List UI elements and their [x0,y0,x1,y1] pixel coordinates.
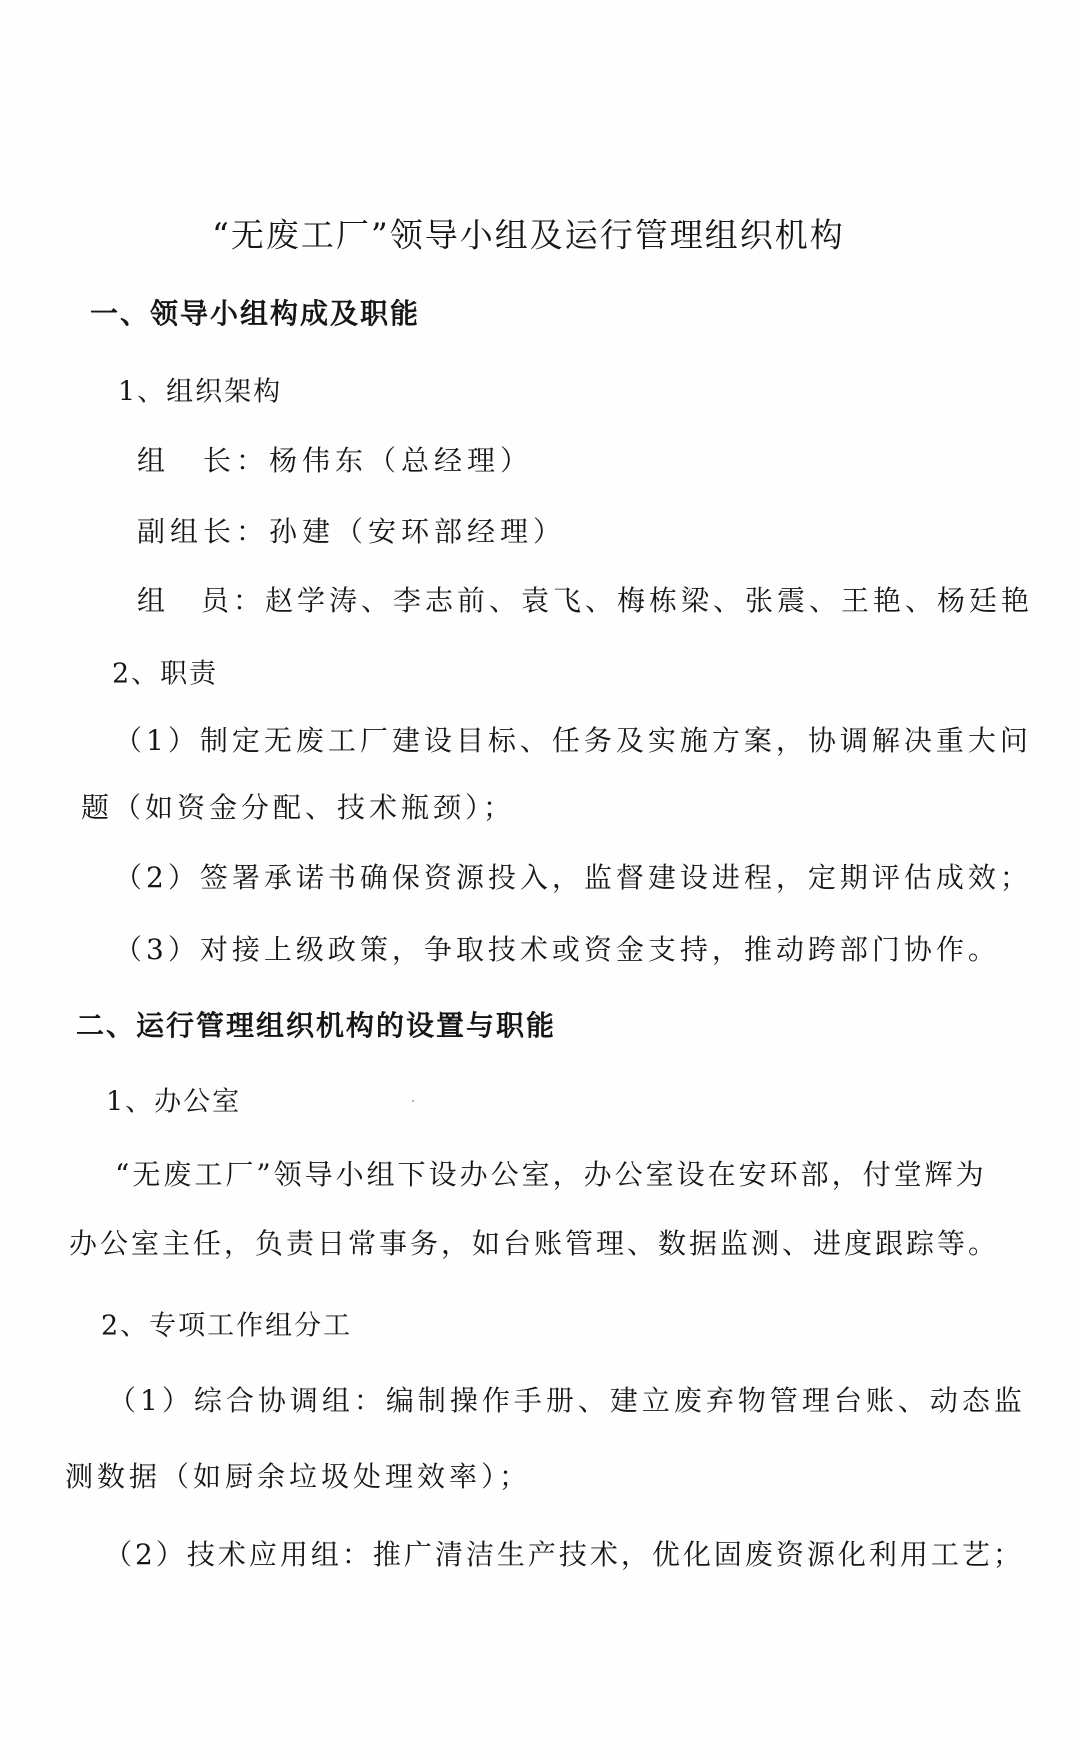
workgroup-1-line-2: 测数据（如厨余垃圾处理效率）； [65,1463,531,1491]
duty-1-line-1: （1）制定无废工厂建设目标、任务及实施方案，协调解决重大问 [114,727,1032,755]
group-members: 组 员：赵学涛、李志前、袁飞、梅栋梁、张震、王艳、杨廷艳 [137,587,1033,615]
section-2-2-heading: 2、专项工作组分工 [101,1313,352,1340]
workgroup-2: （2）技术应用组：推广清洁生产技术，优化固废资源化利用工艺； [104,1541,1024,1569]
duty-3: （3）对接上级政策，争取技术或资金支持，推动跨部门协作。 [114,936,1000,964]
duty-1-line-2: 题（如资金分配、技术瓶颈）； [81,794,515,822]
section-2-heading: 二、运行管理组织机构的设置与职能 [76,1012,556,1040]
section-2-1-heading: 1、办公室 [106,1089,241,1116]
office-paragraph-line-2: 办公室主任，负责日常事务，如台账管理、数据监测、进度跟踪等。 [69,1230,999,1258]
document-page: “无废工厂”领导小组及运行管理组织机构 一、领导小组构成及职能 1、组织架构 组… [0,0,1080,1761]
duty-2: （2）签署承诺书确保资源投入，监督建设进程，定期评估成效； [114,864,1032,892]
section-1-heading: 一、领导小组构成及职能 [90,300,420,328]
office-paragraph-line-1: “无废工厂”领导小组下设办公室，办公室设在安环部，付堂辉为 [115,1161,987,1189]
section-1-2-heading: 2、职责 [112,661,218,688]
workgroup-1-line-1: （1）综合协调组：编制操作手册、建立废弃物管理台账、动态监 [108,1387,1026,1415]
deputy-leader: 副组长：孙建（安环部经理） [137,518,566,546]
section-1-1-heading: 1、组织架构 [118,379,282,406]
scan-speck [412,1100,414,1102]
group-leader: 组 长：杨伟东（总经理） [137,447,533,475]
document-title: “无废工厂”领导小组及运行管理组织机构 [212,219,845,252]
